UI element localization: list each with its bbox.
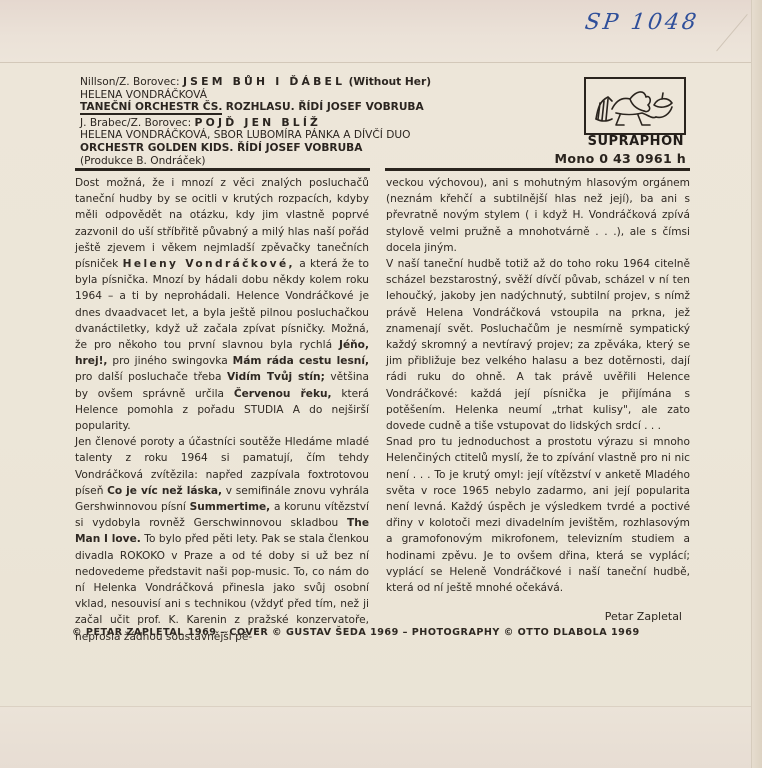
supraphon-logo bbox=[584, 77, 686, 135]
copyright-line: © PETAR ZAPLETAL 1969 – COVER © GUSTAV Š… bbox=[72, 627, 640, 638]
track1-performer: HELENA VONDRÁČKOVÁ bbox=[80, 89, 550, 102]
track1-orchestra-underlined: TANEČNÍ ORCHESTR ČS. bbox=[80, 101, 222, 115]
track1-title-line: Nillson/Z. Borovec: JSEM BŮH I ĎÁBEL (Wi… bbox=[80, 76, 550, 89]
sleeve-right-edge bbox=[751, 0, 762, 768]
track2-orchestra: ORCHESTR GOLDEN KIDS. ŘÍDÍ JOSEF VOBRUBA bbox=[80, 142, 550, 155]
track2-title: POJĎ JEN BLÍŽ bbox=[195, 116, 322, 129]
liner-paragraph: V naší taneční hudbě totiž až do toho ro… bbox=[386, 256, 690, 434]
brand-name: SUPRAPHON bbox=[580, 134, 684, 149]
track-credits: Nillson/Z. Borovec: JSEM BŮH I ĎÁBEL (Wi… bbox=[80, 76, 550, 167]
divider-rule bbox=[385, 168, 690, 171]
track1-title: JSEM BŮH I ĎÁBEL bbox=[183, 75, 345, 88]
track1-authors: Nillson/Z. Borovec: bbox=[80, 76, 180, 88]
track2-authors: J. Brabec/Z. Borovec: bbox=[80, 117, 191, 129]
handwritten-catalog-note: SP 1048 bbox=[583, 10, 700, 35]
liner-paragraph: veckou výchovou), ani s mohutným hlasový… bbox=[386, 175, 690, 256]
track2-production: (Produkce B. Ondráček) bbox=[80, 155, 550, 168]
liner-paragraph: Jen členové poroty a účastníci soutěže H… bbox=[75, 434, 369, 645]
lion-with-lyre-icon bbox=[586, 79, 684, 133]
track2-title-line: J. Brabec/Z. Borovec: POJĎ JEN BLÍŽ bbox=[80, 117, 550, 130]
track2-orchestra-text: ORCHESTR GOLDEN KIDS. ŘÍDÍ JOSEF VOBRUBA bbox=[80, 142, 362, 154]
author-signature: Petar Zapletal bbox=[560, 610, 682, 623]
track2-performer: HELENA VONDRÁČKOVÁ, SBOR LUBOMÍRA PÁNKA … bbox=[80, 129, 550, 142]
divider-rule bbox=[75, 168, 370, 171]
bottom-flap bbox=[0, 706, 762, 768]
track1-orchestra-line: TANEČNÍ ORCHESTR ČS. ROZHLASU. ŘÍDÍ JOSE… bbox=[80, 101, 550, 114]
track1-orchestra-rest: ROZHLASU. ŘÍDÍ JOSEF VOBRUBA bbox=[226, 101, 424, 113]
record-sleeve-back: SP 1048 Nillson/Z. Borovec: JSEM BŮH I Ď… bbox=[0, 0, 762, 768]
liner-paragraph: Snad pro tu jednoduchost a prostotu výra… bbox=[386, 434, 690, 596]
catalog-number: Mono 0 43 0961 h bbox=[540, 151, 686, 166]
track1-subtitle: (Without Her) bbox=[349, 76, 431, 88]
liner-paragraph: Dost možná, že i mnozí z věci znalých po… bbox=[75, 175, 369, 434]
liner-notes-column-1: Dost možná, že i mnozí z věci znalých po… bbox=[75, 175, 369, 645]
liner-notes-column-2: veckou výchovou), ani s mohutným hlasový… bbox=[386, 175, 690, 596]
